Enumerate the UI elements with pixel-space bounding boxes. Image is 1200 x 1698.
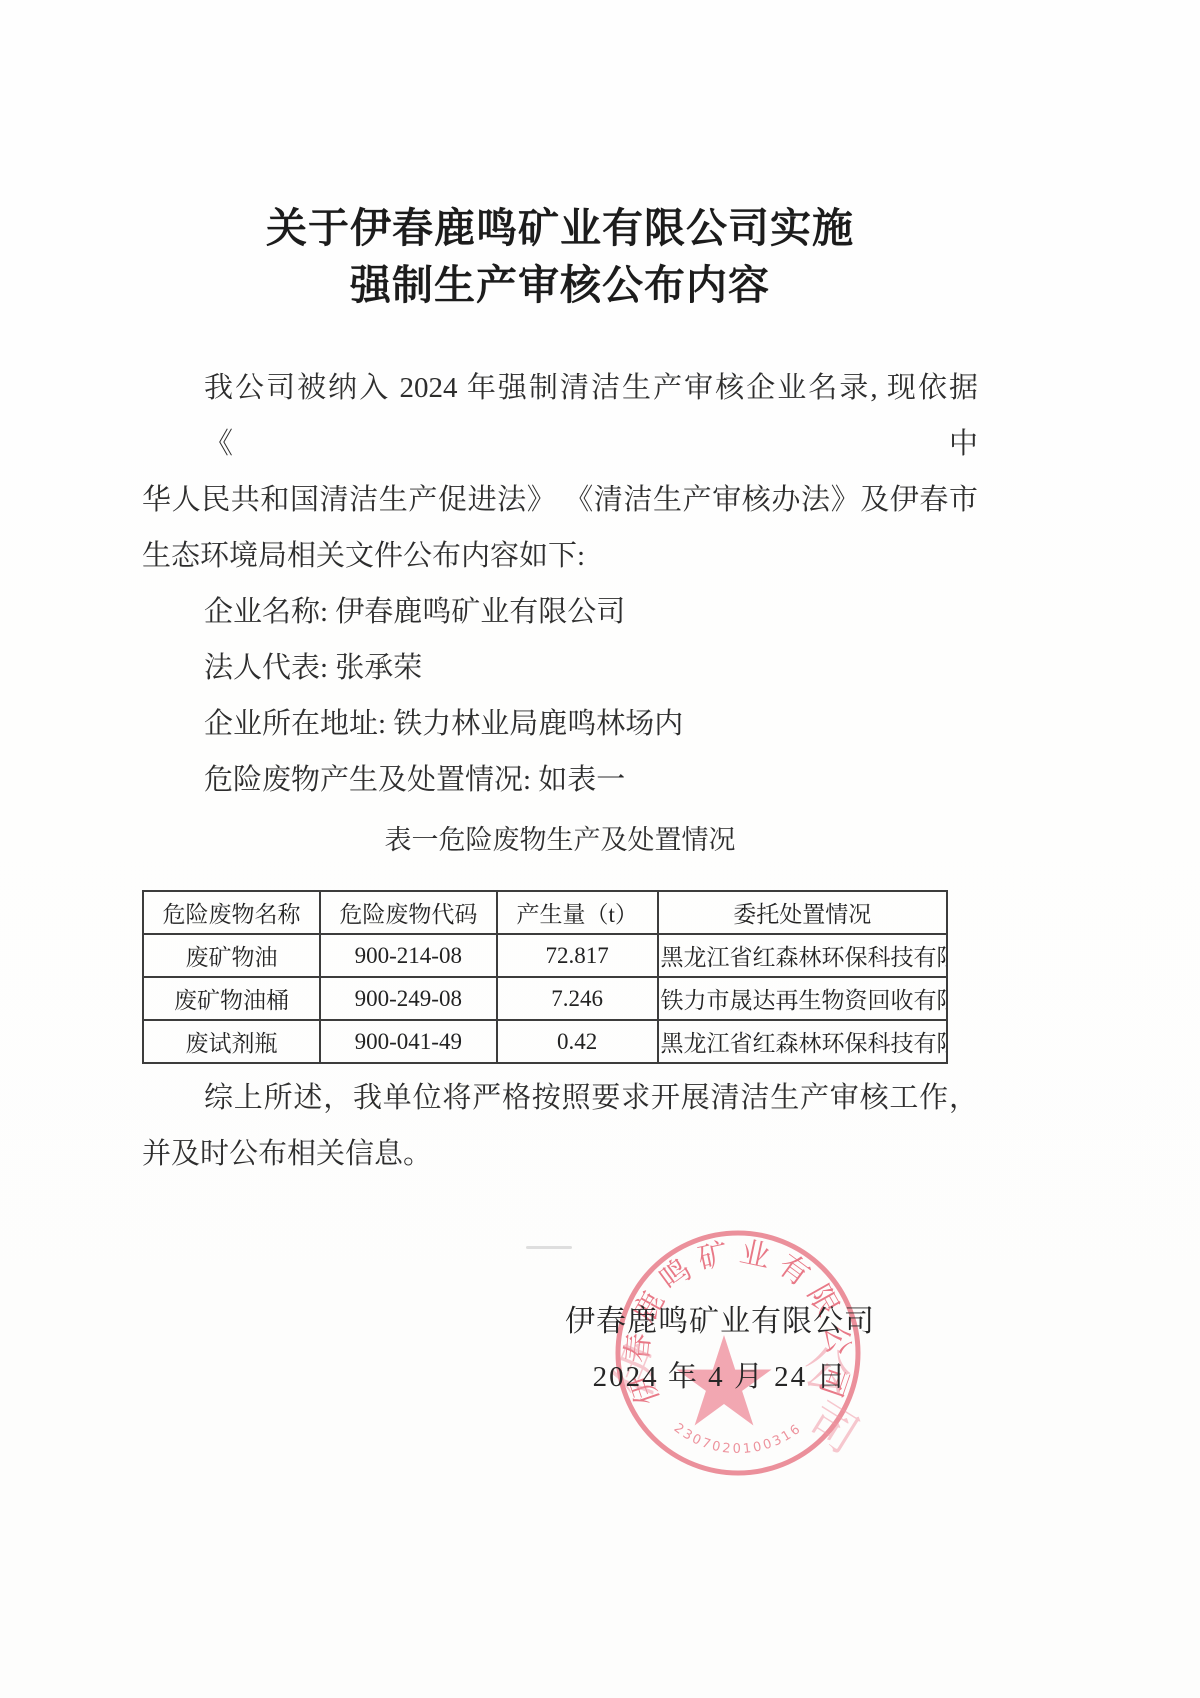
- scan-smudge: [526, 1246, 572, 1249]
- info-legal-representative: 法人代表: 张承荣: [142, 640, 978, 696]
- table-row: 废矿物油 900-214-08 72.817 黑龙江省红森林环保科技有限公司: [143, 934, 947, 977]
- hazardous-waste-table: 危险废物名称 危险废物代码 产生量（t） 委托处置情况 废矿物油 900-214…: [142, 890, 948, 1064]
- cell-amount: 72.817: [497, 934, 658, 977]
- cell-disposal: 黑龙江省红森林环保科技有限公司: [658, 1020, 947, 1063]
- title-line-2: 强制生产审核公布内容: [142, 257, 978, 314]
- signature-date: 2024 年 4 月 24 日: [520, 1354, 920, 1395]
- cell-waste-name: 废矿物油: [143, 934, 320, 977]
- closing-line: 并及时公布相关信息。: [142, 1126, 978, 1182]
- company-info: 企业名称: 伊春鹿鸣矿业有限公司 法人代表: 张承荣 企业所在地址: 铁力林业局…: [142, 584, 978, 808]
- header-disposal: 委托处置情况: [658, 891, 947, 934]
- cell-waste-code: 900-041-49: [320, 1020, 497, 1063]
- closing-paragraph: 综上所述，我单位将严格按照要求开展清洁生产审核工作， 并及时公布相关信息。: [142, 1070, 978, 1182]
- cell-waste-name: 废矿物油桶: [143, 977, 320, 1020]
- header-waste-code: 危险废物代码: [320, 891, 497, 934]
- info-company-name: 企业名称: 伊春鹿鸣矿业有限公司: [142, 584, 978, 640]
- signature-company: 伊春鹿鸣矿业有限公司: [520, 1296, 920, 1340]
- intro-line: 华人民共和国清洁生产促进法》 《清洁生产审核办法》及伊春市: [142, 472, 978, 528]
- seal-code: 2307020100316: [671, 1421, 805, 1457]
- table-caption: 表一危险废物生产及处置情况: [142, 818, 978, 862]
- info-waste-disposal: 危险废物产生及处置情况: 如表一: [142, 752, 978, 808]
- cell-waste-name: 废试剂瓶: [143, 1020, 320, 1063]
- info-address: 企业所在地址: 铁力林业局鹿鸣林场内: [142, 696, 978, 752]
- company-seal: 伊春鹿鸣矿业有限公司 2307020100316 伊 公 司: [608, 1223, 868, 1483]
- cell-disposal: 黑龙江省红森林环保科技有限公司: [658, 934, 947, 977]
- title-line-1: 关于伊春鹿鸣矿业有限公司实施: [142, 200, 978, 257]
- intro-paragraph: 我公司被纳入 2024 年强制清洁生产审核企业名录, 现依据《中 华人民共和国清…: [142, 360, 978, 584]
- cell-waste-code: 900-214-08: [320, 934, 497, 977]
- document-content: 关于伊春鹿鸣矿业有限公司实施 强制生产审核公布内容 我公司被纳入 2024 年强…: [0, 0, 1200, 1182]
- closing-line: 综上所述，我单位将严格按照要求开展清洁生产审核工作，: [142, 1070, 978, 1126]
- seal-ghost-char: 司: [798, 1393, 867, 1463]
- header-amount: 产生量（t）: [497, 891, 658, 934]
- seal-code-holder: 2307020100316: [671, 1421, 805, 1457]
- document-title: 关于伊春鹿鸣矿业有限公司实施 强制生产审核公布内容: [142, 0, 978, 314]
- table-row: 废矿物油桶 900-249-08 7.246 铁力市晟达再生物资回收有限公司: [143, 977, 947, 1020]
- header-waste-name: 危险废物名称: [143, 891, 320, 934]
- cell-waste-code: 900-249-08: [320, 977, 497, 1020]
- cell-amount: 7.246: [497, 977, 658, 1020]
- document-page: 关于伊春鹿鸣矿业有限公司实施 强制生产审核公布内容 我公司被纳入 2024 年强…: [0, 0, 1200, 1698]
- intro-line: 生态环境局相关文件公布内容如下:: [142, 528, 978, 584]
- intro-line: 我公司被纳入 2024 年强制清洁生产审核企业名录, 现依据《中: [142, 360, 978, 472]
- table-row: 废试剂瓶 900-041-49 0.42 黑龙江省红森林环保科技有限公司: [143, 1020, 947, 1063]
- cell-amount: 0.42: [497, 1020, 658, 1063]
- cell-disposal: 铁力市晟达再生物资回收有限公司: [658, 977, 947, 1020]
- table-header-row: 危险废物名称 危险废物代码 产生量（t） 委托处置情况: [143, 891, 947, 934]
